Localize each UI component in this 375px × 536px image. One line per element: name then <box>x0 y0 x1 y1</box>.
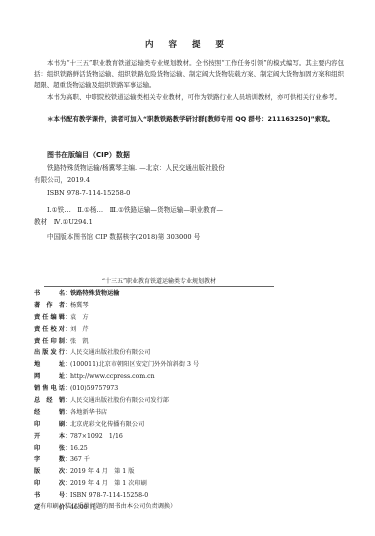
label-char: 任 <box>42 324 48 336</box>
colophon-value: (100011)北京市朝阳区安定门外外馆斜街 3 号 <box>70 359 334 371</box>
colophon-row: 版次：2019 年 4 月 第 1 版 <box>34 466 334 478</box>
colophon-label: 印张 <box>34 443 65 455</box>
colophon-table: 书名：铁路特殊货物运输著作者：杨冀琴责任编辑：袁 方责任校对：刘 芹责任印制：张… <box>34 288 334 514</box>
colophon-label: 责任印制 <box>34 336 65 348</box>
colophon-value: 袁 方 <box>70 312 334 324</box>
colophon-value: 人民交通出版社股份有限公司 <box>70 347 334 359</box>
label-char: 责 <box>34 324 40 336</box>
colophon-row: 印张：16.25 <box>34 443 334 455</box>
colophon-label: 字数 <box>34 454 65 466</box>
series-title: “十三五”职业教育铁道运输类专业规划教材 <box>44 276 274 287</box>
colophon-row: 书名：铁路特殊货物运输 <box>34 288 334 300</box>
colophon-value: 787×1092 1/16 <box>70 431 334 443</box>
label-char: 任 <box>42 336 48 348</box>
cip-line-record-number: 中国版本图书馆 CIP 数据核字(2018)第 303000 号 <box>34 232 294 244</box>
colophon-value: 2019 年 4 月 第 1 版 <box>70 466 334 478</box>
cip-heading: 图书在版编目（CIP）数据 <box>47 150 130 160</box>
cip-line-isbn: ISBN 978-7-114-15258-0 <box>34 188 229 200</box>
colophon-row: 字数：367 千 <box>34 454 334 466</box>
label-char: 印 <box>51 336 57 348</box>
colophon-label: 责任校对 <box>34 324 65 336</box>
colophon-row: 印刷：北京虎彩文化传播有限公司 <box>34 419 334 431</box>
label-char: 地 <box>34 359 40 371</box>
colophon-value: 367 千 <box>70 454 334 466</box>
colophon-row: 责任校对：刘 芹 <box>34 324 334 336</box>
colophon-value: 北京虎彩文化传播有限公司 <box>70 419 334 431</box>
label-char: 电 <box>51 383 57 395</box>
colophon-value: 各地新华书店 <box>70 407 334 419</box>
cip-line-classification: Ⅰ.①铁… Ⅱ.①杨… Ⅲ.①铁路运输—货物运输—职业教育—教材 Ⅳ.①U294… <box>34 205 229 228</box>
label-char: 印 <box>34 443 40 455</box>
colophon-row: 经销：各地新华书店 <box>34 407 334 419</box>
label-char: 责 <box>34 336 40 348</box>
colophon-row: 销售电话：(010)59757973 <box>34 383 334 395</box>
colophon-value: http://www.ccpress.com.cn <box>70 371 334 383</box>
colophon-label: 网址 <box>34 371 65 383</box>
colophon-value: 人民交通出版社股份有限公司发行部 <box>70 395 334 407</box>
label-char: 发 <box>51 347 57 359</box>
summary-title: 内 容 提 要 <box>0 38 375 50</box>
colophon-value: 杨冀琴 <box>70 300 334 312</box>
label-char: 任 <box>42 312 48 324</box>
label-char: 出 <box>34 347 40 359</box>
colophon-row: 总经销：人民交通出版社股份有限公司发行部 <box>34 395 334 407</box>
colophon-label: 销售电话 <box>34 383 65 395</box>
colophon-row: 印次：2019 年 4 月 第 1 次印刷 <box>34 478 334 490</box>
label-char: 字 <box>34 454 40 466</box>
colophon-value: 刘 芹 <box>70 324 334 336</box>
colophon-row: 著作者：杨冀琴 <box>34 300 334 312</box>
summary-paragraph-1: 本书为“十三五”职业教育铁道运输类专业规划教材。全书按照“工作任务引领”的模式编… <box>34 58 344 91</box>
label-char: 版 <box>42 347 48 359</box>
colophon-value: 张 凯 <box>70 336 334 348</box>
label-char: 开 <box>34 431 40 443</box>
colophon-value: (010)59757973 <box>70 383 334 395</box>
label-char: 印 <box>34 478 40 490</box>
colophon-label: 经销 <box>34 407 65 419</box>
colophon-label: 地址 <box>34 359 65 371</box>
quality-note: （有印刷、装订质量问题的图书由本公司负责调换） <box>34 501 176 510</box>
colophon-row: 网址：http://www.ccpress.com.cn <box>34 371 334 383</box>
label-char: 售 <box>42 383 48 395</box>
colophon-value: 16.25 <box>70 443 334 455</box>
label-char: 经 <box>34 407 40 419</box>
colophon-label: 出版发行 <box>34 347 65 359</box>
colophon-row: 出版发行：人民交通出版社股份有限公司 <box>34 347 334 359</box>
colophon-label: 开本 <box>34 431 65 443</box>
cip-line-title: 铁路特殊货物运输/杨冀琴主编. —北京：人民交通出版社股份有限公司，2019.4 <box>34 163 229 186</box>
summary-paragraph-2: 本书为高职、中职院校铁道运输类相关专业教材，可作为铁路行业人员培训教材，亦可供相… <box>34 92 344 103</box>
colophon-label: 责任编辑 <box>34 312 65 324</box>
label-char: 校 <box>51 324 57 336</box>
colophon-label: 书名 <box>34 288 65 300</box>
label-char: 经 <box>46 395 52 407</box>
colophon-value: 铁路特殊货物运输 <box>70 288 334 300</box>
colophon-label: 印次 <box>34 478 65 490</box>
colophon-row: 责任印制：张 凯 <box>34 336 334 348</box>
colophon-label: 总经销 <box>34 395 65 407</box>
colophon-row: 责任编辑：袁 方 <box>34 312 334 324</box>
label-char: 作 <box>46 300 52 312</box>
colophon-row: 地址：(100011)北京市朝阳区安定门外外馆斜街 3 号 <box>34 359 334 371</box>
label-char: 印 <box>34 419 40 431</box>
colophon-row: 开本：787×1092 1/16 <box>34 431 334 443</box>
label-char: 总 <box>34 395 40 407</box>
label-char: 版 <box>34 466 40 478</box>
colophon-label: 版次 <box>34 466 65 478</box>
label-char: 责 <box>34 312 40 324</box>
label-char: 销 <box>34 383 40 395</box>
colophon-label: 印刷 <box>34 419 65 431</box>
label-char: 著 <box>34 300 40 312</box>
colophon-label: 著作者 <box>34 300 65 312</box>
colophon-value: 2019 年 4 月 第 1 次印刷 <box>70 478 334 490</box>
label-char: 书 <box>34 288 40 300</box>
label-char: 网 <box>34 371 40 383</box>
courseware-note: ＊本书配有教学课件，读者可加入“职教铁路教学研讨群[教师专用 QQ 群号：211… <box>34 114 344 125</box>
label-char: 编 <box>51 312 57 324</box>
